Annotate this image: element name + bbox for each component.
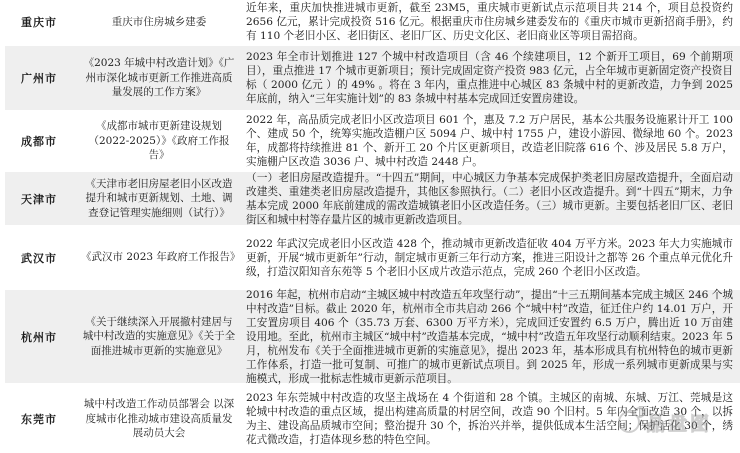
table-row: 东莞市 城中村改造工作动员部署会 以深度城市化推动城市建设高质量发展动员大会 2… (0, 385, 740, 453)
table-row: 杭州市 《关于继续深入开展撤村建居与城中村改造的实施意见》《关于全面推进城市更新… (0, 288, 740, 385)
detail-cell: 2016 年起，杭州市启动“主城区城中村改造五年攻坚行动”，提出“十三五期间基本… (240, 288, 740, 385)
city-cell: 重庆市 (0, 14, 78, 30)
detail-cell: 2022 年武汉完成老旧小区改造 428 个，推动城市更新改造征收 404 万平… (240, 234, 740, 282)
detail-cell: 2023 年全市计划推进 127 个城中村改造项目（含 46 个续建项目，12 … (240, 47, 740, 109)
detail-cell: 近年来，重庆加快推进城市更新，截至 23M5，重庆城市更新试点示范项目共 214… (240, 0, 740, 44)
table-row: 重庆市 重庆市住房城乡建委 近年来，重庆加快推进城市更新，截至 23M5，重庆城… (0, 0, 740, 44)
detail-cell: （一）老旧房屋改造提升。“十四五”期间，中心城区力争基本完成保护类老旧房屋改造提… (240, 170, 740, 227)
source-cell: 重庆市住房城乡建委 (78, 13, 240, 32)
table-row: 武汉市 《武汉市 2023 年政府工作报告》 2022 年武汉完成老旧小区改造 … (0, 227, 740, 288)
detail-cell: 2023 年东莞城中村改造的攻坚主战场在 4 个街道和 28 个镇。主城区的南城… (240, 388, 740, 450)
source-cell: 城中村改造工作动员部署会 以深度城市化推动城市建设高质量发展动员大会 (78, 395, 240, 443)
source-cell: 《天津市老旧房屋老旧小区改造提升和城市更新规划、土地、调查登记管理实施细则（试行… (78, 175, 240, 223)
city-cell: 杭州市 (0, 329, 78, 345)
source-cell: 《武汉市 2023 年政府工作报告》 (78, 248, 240, 267)
table-row: 天津市 《天津市老旧房屋老旧小区改造提升和城市更新规划、土地、调查登记管理实施细… (0, 170, 740, 227)
detail-cell: 2022 年，高品质完成老旧小区改造项目 601 个，惠及 7.2 万户居民，基… (240, 112, 740, 170)
source-cell: 《成都市城市更新建设规划（2022-2025）》《政府工作报告》 (78, 117, 240, 165)
city-cell: 广州市 (0, 70, 78, 86)
table-row: 成都市 《成都市城市更新建设规划（2022-2025）》《政府工作报告》 202… (0, 112, 740, 170)
city-cell: 武汉市 (0, 250, 78, 266)
city-cell: 成都市 (0, 133, 78, 149)
city-cell: 天津市 (0, 191, 78, 207)
city-renewal-table: 重庆市 重庆市住房城乡建委 近年来，重庆加快推进城市更新，截至 23M5，重庆城… (0, 0, 740, 453)
city-cell: 东莞市 (0, 411, 78, 427)
source-cell: 《2023 年城中村改造计划》《广州市深化城市更新工作推进高质量发展的工作方案》 (78, 54, 240, 102)
source-cell: 《关于继续深入开展撤村建居与城中村改造的实施意见》《关于全面推进城市更新的实施意… (78, 313, 240, 361)
table-row: 广州市 《2023 年城中村改造计划》《广州市深化城市更新工作推进高质量发展的工… (0, 44, 740, 112)
